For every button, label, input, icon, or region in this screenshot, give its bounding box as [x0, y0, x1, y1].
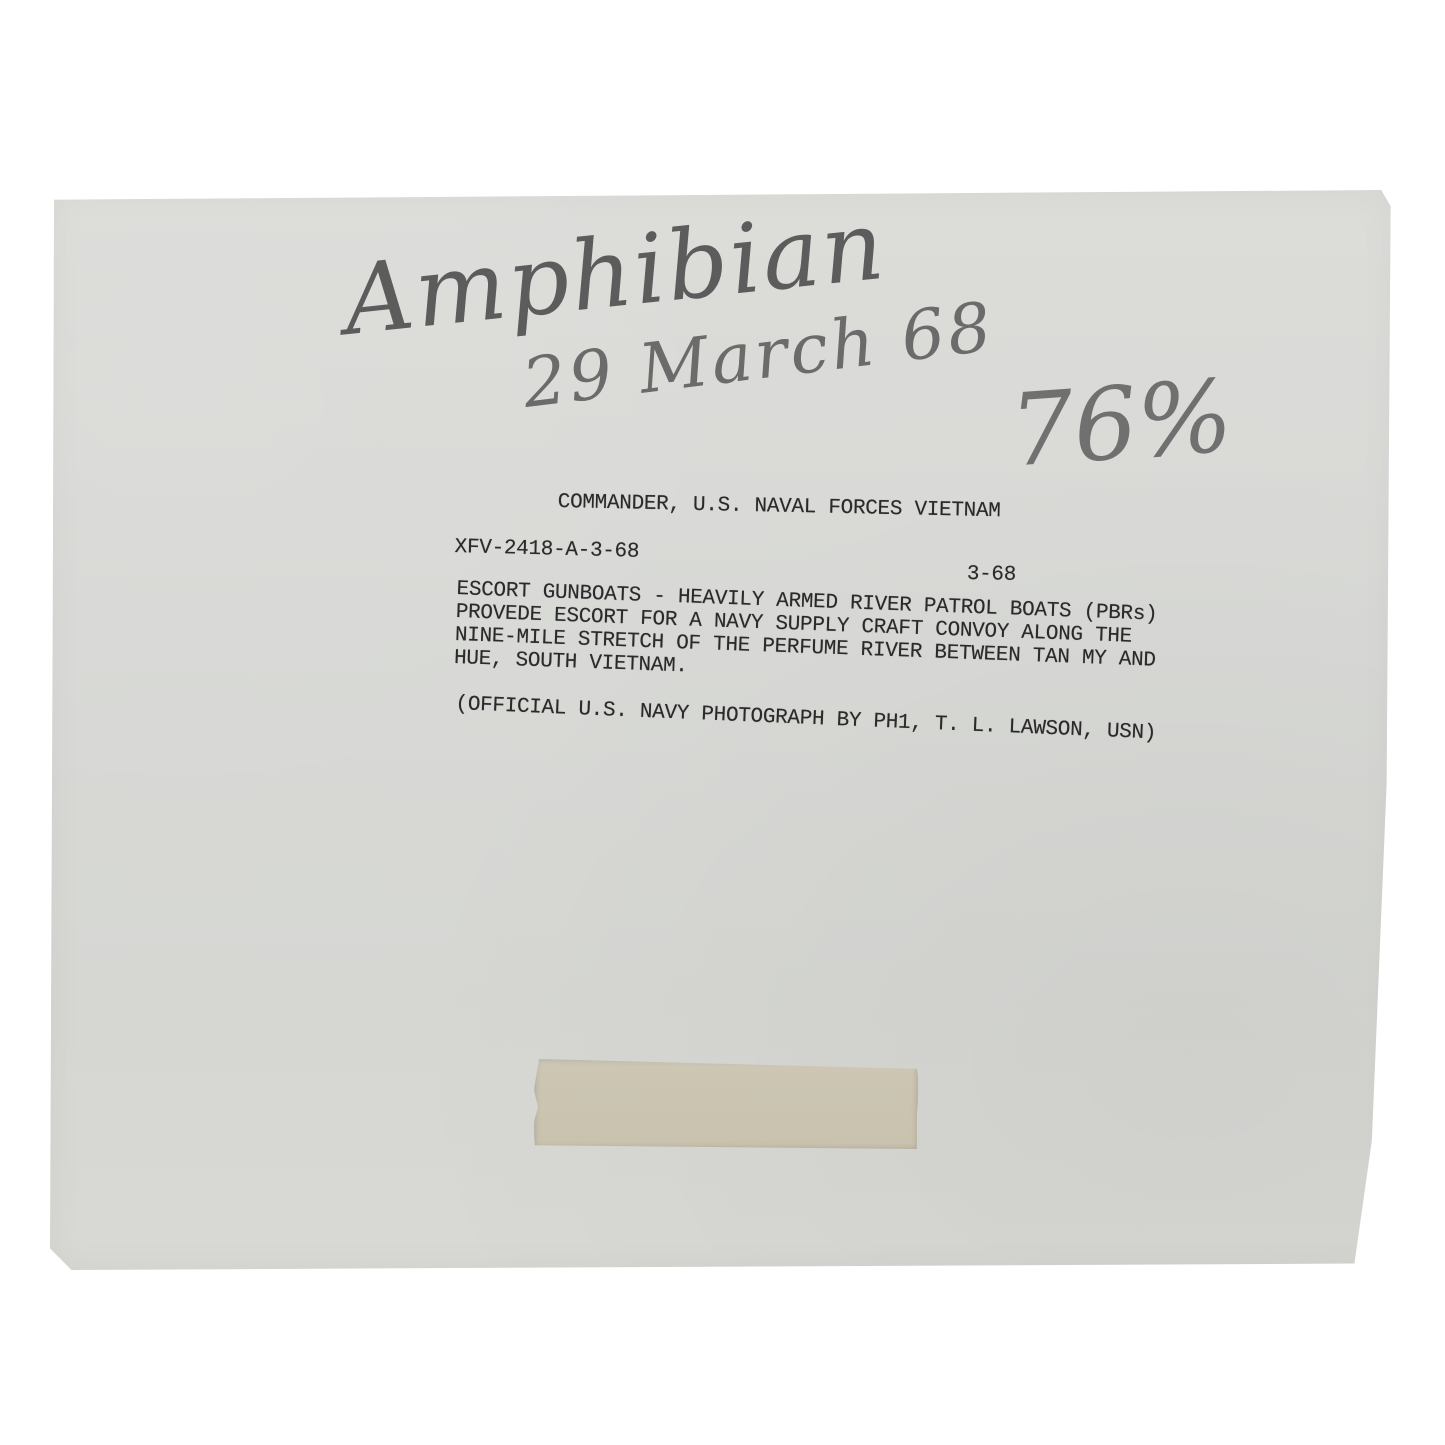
masking-tape [535, 1059, 917, 1149]
photo-stage: Amphibian 29 March 68 76% COMMANDER, U.S… [0, 0, 1445, 1445]
reference-number: XFV-2418-A-3-68 [454, 535, 639, 566]
handwritten-percent: 76% [1006, 357, 1236, 489]
typed-date: 3-68 [967, 562, 1017, 589]
